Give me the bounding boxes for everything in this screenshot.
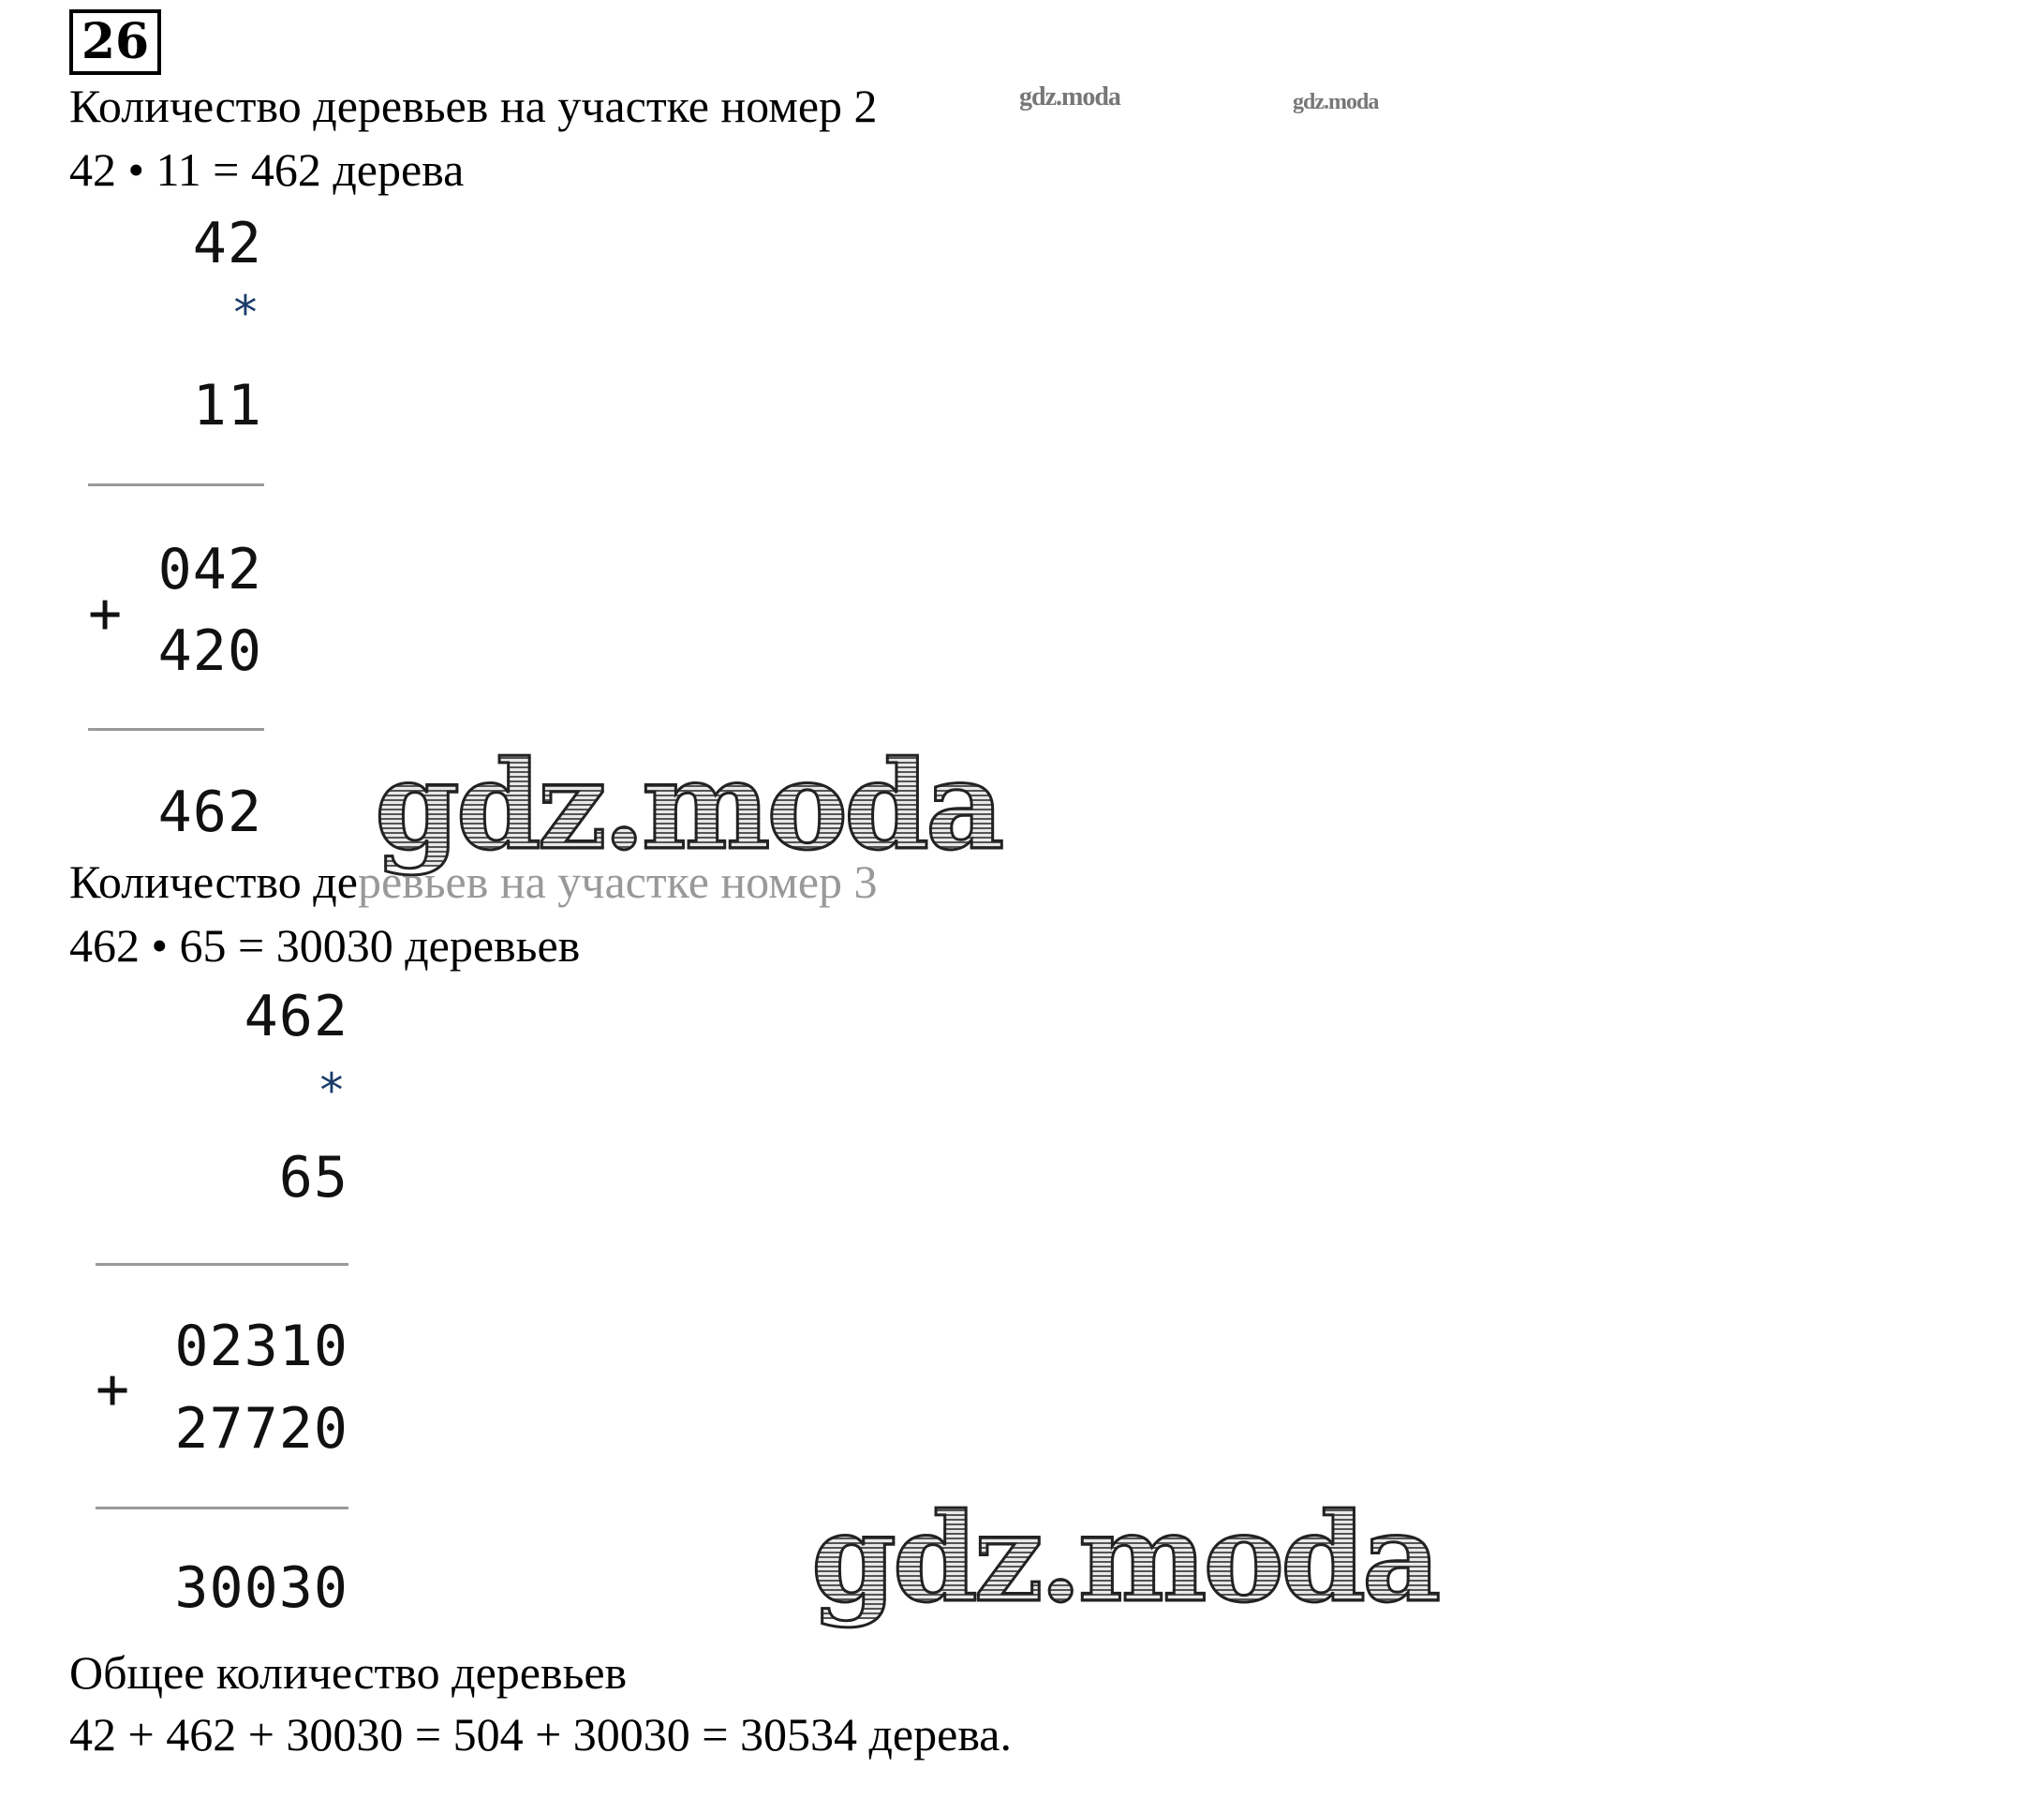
- watermark-small-2: gdz.moda: [1293, 90, 1378, 115]
- heading-text: Количество де: [69, 855, 358, 908]
- section2-equation: 42 • 11 = 462 дерева: [69, 142, 464, 197]
- partial-product-2: 27720: [174, 1396, 348, 1462]
- section3-heading: Количество деревьев на участке номер 3: [69, 854, 878, 909]
- heading-text-faded: на участке номер 3: [500, 855, 878, 908]
- task-number-box: 26: [69, 9, 161, 75]
- watermark-large-1: gdz.moda: [375, 745, 1000, 867]
- column-rule: [88, 483, 264, 486]
- task-number: 26: [73, 11, 157, 73]
- multiply-operator: *: [318, 1063, 347, 1118]
- column-result: 462: [158, 780, 262, 845]
- partial-product-2: 420: [158, 618, 262, 684]
- partial-product-1: 02310: [174, 1314, 348, 1379]
- partial-product-1: 042: [158, 537, 262, 602]
- multiplier: 65: [279, 1145, 348, 1211]
- multiplicand: 462: [244, 984, 348, 1049]
- multiplicand: 42: [193, 211, 262, 276]
- column-rule: [96, 1263, 348, 1266]
- add-operator: +: [96, 1357, 129, 1422]
- multiplier: 11: [193, 373, 262, 438]
- watermark-large-2: gdz.moda: [811, 1497, 1437, 1619]
- heading-text-faded: ревьев: [358, 855, 500, 908]
- column-rule: [88, 728, 264, 731]
- column-result: 30030: [174, 1555, 348, 1621]
- total-heading: Общее количество деревьев: [69, 1645, 627, 1700]
- total-equation: 42 + 462 + 30030 = 504 + 30030 = 30534 д…: [69, 1707, 1012, 1761]
- watermark-small-1: gdz.moda: [1019, 82, 1120, 112]
- add-operator: +: [88, 581, 122, 646]
- column-rule: [96, 1507, 348, 1509]
- section3-equation: 462 • 65 = 30030 деревьев: [69, 918, 580, 973]
- section2-heading: Количество деревьев на участке номер 2: [69, 79, 878, 133]
- multiply-operator: *: [231, 286, 260, 340]
